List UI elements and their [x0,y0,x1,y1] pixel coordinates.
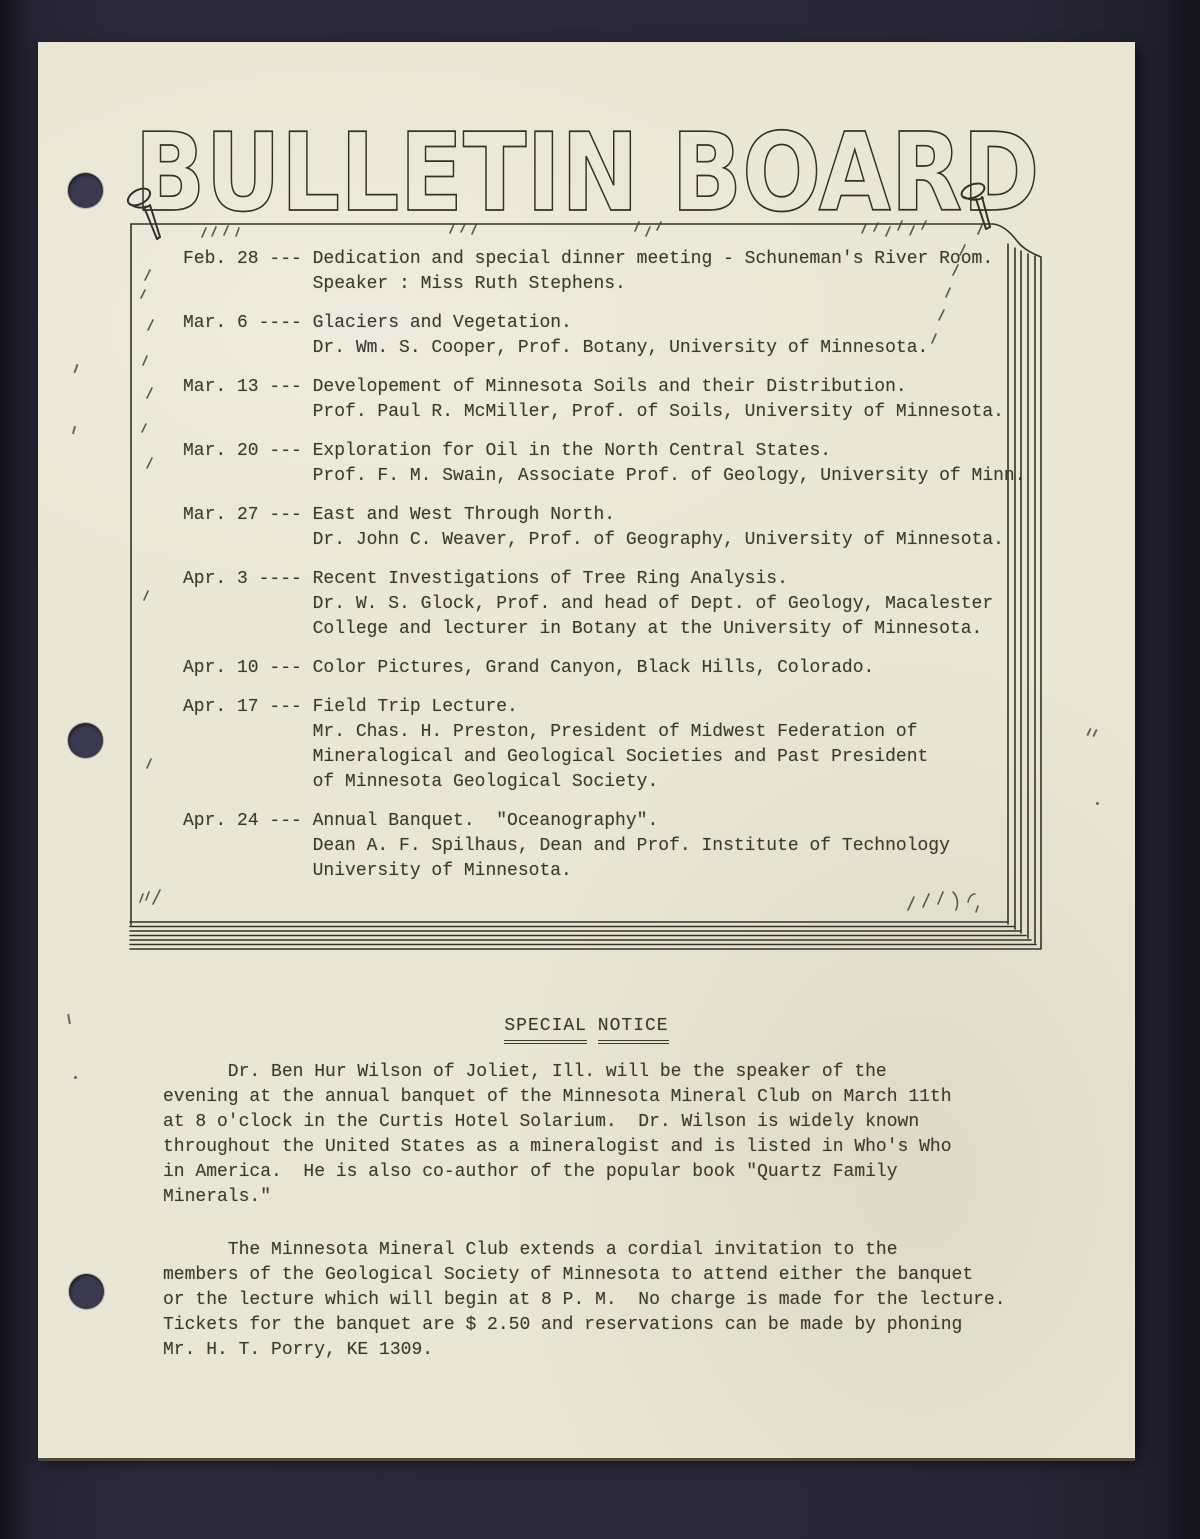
entry-description: East and West Through North. Dr. John C.… [313,503,1004,553]
entry-date: Feb. 28 --- [183,247,313,297]
entry-description: Field Trip Lecture. Mr. Chas. H. Preston… [313,695,929,795]
notice-paragraphs: Dr. Ben Hur Wilson of Joliet, Ill. will … [163,1060,1063,1363]
schedule-list: Feb. 28 --- Dedication and special dinne… [183,247,1063,898]
entry-date: Mar. 6 ---- [183,311,313,361]
entry-description: Annual Banquet. "Oceanography". Dean A. … [313,809,950,884]
schedule-entry: Mar. 20 --- Exploration for Oil in the N… [183,439,1063,489]
scan-speck [72,426,76,434]
entry-description: Color Pictures, Grand Canyon, Black Hill… [313,656,875,681]
entry-date: Apr. 10 --- [183,656,313,681]
schedule-entry: Apr. 24 --- Annual Banquet. "Oceanograph… [183,809,1063,884]
entry-date: Mar. 13 --- [183,375,313,425]
entry-description: Recent Investigations of Tree Ring Analy… [313,567,994,642]
entry-date: Apr. 17 --- [183,695,313,795]
entry-description: Dedication and special dinner meeting - … [313,247,994,297]
entry-description: Glaciers and Vegetation. Dr. Wm. S. Coop… [313,311,929,361]
notice-paragraph: The Minnesota Mineral Club extends a cor… [163,1238,1063,1363]
notice-paragraph: Dr. Ben Hur Wilson of Joliet, Ill. will … [163,1060,1063,1210]
entry-date: Mar. 20 --- [183,439,313,489]
scan-speck [1092,729,1097,737]
schedule-entry: Mar. 6 ---- Glaciers and Vegetation. Dr.… [183,311,1063,361]
paper-sheet: BULLETIN BOARD [38,42,1135,1458]
schedule-entry: Apr. 17 --- Field Trip Lecture. Mr. Chas… [183,695,1063,795]
scanned-page-backdrop: BULLETIN BOARD [0,0,1200,1539]
entry-description: Exploration for Oil in the North Central… [313,439,1026,489]
heading-word: NOTICE [598,1014,669,1041]
scan-speck [74,364,79,373]
punch-hole [68,723,103,758]
scan-speck [1086,728,1091,736]
schedule-entry: Mar. 13 --- Developement of Minnesota So… [183,375,1063,425]
entry-date: Mar. 27 --- [183,503,313,553]
scan-speck [1096,802,1099,805]
scan-speck [74,1076,77,1079]
entry-description: Developement of Minnesota Soils and thei… [313,375,1004,425]
schedule-entry: Apr. 3 ---- Recent Investigations of Tre… [183,567,1063,642]
schedule-entry: Mar. 27 --- East and West Through North.… [183,503,1063,553]
schedule-entry: Feb. 28 --- Dedication and special dinne… [183,247,1063,297]
entry-date: Apr. 24 --- [183,809,313,884]
pushpin-icon [959,180,990,229]
schedule-entry: Apr. 10 --- Color Pictures, Grand Canyon… [183,656,1063,681]
punch-hole [69,1274,104,1309]
special-notice-heading: SPECIALNOTICE [504,1016,668,1036]
entry-date: Apr. 3 ---- [183,567,313,642]
heading-word: SPECIAL [504,1014,587,1041]
